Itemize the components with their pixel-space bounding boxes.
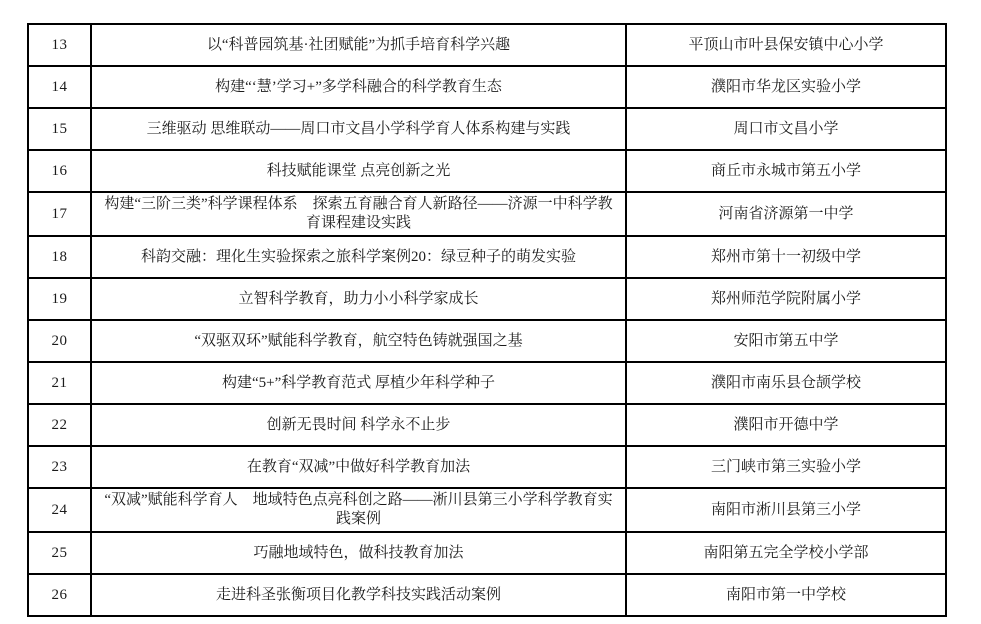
school-name: 河南省济源第一中学: [626, 192, 946, 236]
school-name: 三门峡市第三实验小学: [626, 446, 946, 488]
row-number: 14: [28, 66, 91, 108]
results-table-body: 13以“科普园筑基·社团赋能”为抓手培育科学兴趣平顶山市叶县保安镇中心小学14构…: [28, 24, 946, 616]
table-row: 20“双驱双环”赋能科学教育，航空特色铸就强国之基安阳市第五中学: [28, 320, 946, 362]
table-row: 25巧融地域特色，做科技教育加法南阳第五完全学校小学部: [28, 532, 946, 574]
school-name: 南阳市淅川县第三小学: [626, 488, 946, 532]
school-name: 郑州师范学院附属小学: [626, 278, 946, 320]
case-title: 走进科圣张衡项目化教学科技实践活动案例: [91, 574, 626, 616]
school-name: 濮阳市开德中学: [626, 404, 946, 446]
row-number: 24: [28, 488, 91, 532]
row-number: 25: [28, 532, 91, 574]
school-name: 平顶山市叶县保安镇中心小学: [626, 24, 946, 66]
table-row: 19立智科学教育，助力小小科学家成长郑州师范学院附属小学: [28, 278, 946, 320]
school-name: 郑州市第十一初级中学: [626, 236, 946, 278]
case-title: “双驱双环”赋能科学教育，航空特色铸就强国之基: [91, 320, 626, 362]
school-name: 南阳市第一中学校: [626, 574, 946, 616]
row-number: 15: [28, 108, 91, 150]
school-name: 南阳第五完全学校小学部: [626, 532, 946, 574]
results-table: 13以“科普园筑基·社团赋能”为抓手培育科学兴趣平顶山市叶县保安镇中心小学14构…: [27, 23, 947, 617]
table-row: 17构建“三阶三类”科学课程体系 探索五育融合育人新路径——济源一中科学教育课程…: [28, 192, 946, 236]
school-name: 周口市文昌小学: [626, 108, 946, 150]
case-title: 构建“三阶三类”科学课程体系 探索五育融合育人新路径——济源一中科学教育课程建设…: [91, 192, 626, 236]
table-row: 18科韵交融：理化生实验探索之旅科学案例20：绿豆种子的萌发实验郑州市第十一初级…: [28, 236, 946, 278]
row-number: 18: [28, 236, 91, 278]
row-number: 20: [28, 320, 91, 362]
table-row: 13以“科普园筑基·社团赋能”为抓手培育科学兴趣平顶山市叶县保安镇中心小学: [28, 24, 946, 66]
row-number: 13: [28, 24, 91, 66]
case-title: 科技赋能课堂 点亮创新之光: [91, 150, 626, 192]
case-title: “双减”赋能科学育人 地域特色点亮科创之路——淅川县第三小学科学教育实践案例: [91, 488, 626, 532]
row-number: 21: [28, 362, 91, 404]
case-title: 立智科学教育，助力小小科学家成长: [91, 278, 626, 320]
row-number: 19: [28, 278, 91, 320]
table-row: 26走进科圣张衡项目化教学科技实践活动案例南阳市第一中学校: [28, 574, 946, 616]
school-name: 濮阳市南乐县仓颉学校: [626, 362, 946, 404]
school-name: 濮阳市华龙区实验小学: [626, 66, 946, 108]
row-number: 17: [28, 192, 91, 236]
case-title: 创新无畏时间 科学永不止步: [91, 404, 626, 446]
school-name: 商丘市永城市第五小学: [626, 150, 946, 192]
table-row: 14构建“‘慧’学习+”多学科融合的科学教育生态濮阳市华龙区实验小学: [28, 66, 946, 108]
row-number: 23: [28, 446, 91, 488]
table-row: 22创新无畏时间 科学永不止步濮阳市开德中学: [28, 404, 946, 446]
row-number: 26: [28, 574, 91, 616]
table-row: 15三维驱动 思维联动——周口市文昌小学科学育人体系构建与实践周口市文昌小学: [28, 108, 946, 150]
table-row: 24“双减”赋能科学育人 地域特色点亮科创之路——淅川县第三小学科学教育实践案例…: [28, 488, 946, 532]
case-title: 以“科普园筑基·社团赋能”为抓手培育科学兴趣: [91, 24, 626, 66]
row-number: 22: [28, 404, 91, 446]
case-title: 构建“‘慧’学习+”多学科融合的科学教育生态: [91, 66, 626, 108]
row-number: 16: [28, 150, 91, 192]
table-row: 23在教育“双减”中做好科学教育加法三门峡市第三实验小学: [28, 446, 946, 488]
table-row: 21构建“5+”科学教育范式 厚植少年科学种子濮阳市南乐县仓颉学校: [28, 362, 946, 404]
table-row: 16科技赋能课堂 点亮创新之光商丘市永城市第五小学: [28, 150, 946, 192]
case-title: 构建“5+”科学教育范式 厚植少年科学种子: [91, 362, 626, 404]
document-page: 13以“科普园筑基·社团赋能”为抓手培育科学兴趣平顶山市叶县保安镇中心小学14构…: [0, 0, 981, 624]
case-title: 在教育“双减”中做好科学教育加法: [91, 446, 626, 488]
case-title: 巧融地域特色，做科技教育加法: [91, 532, 626, 574]
case-title: 科韵交融：理化生实验探索之旅科学案例20：绿豆种子的萌发实验: [91, 236, 626, 278]
case-title: 三维驱动 思维联动——周口市文昌小学科学育人体系构建与实践: [91, 108, 626, 150]
school-name: 安阳市第五中学: [626, 320, 946, 362]
